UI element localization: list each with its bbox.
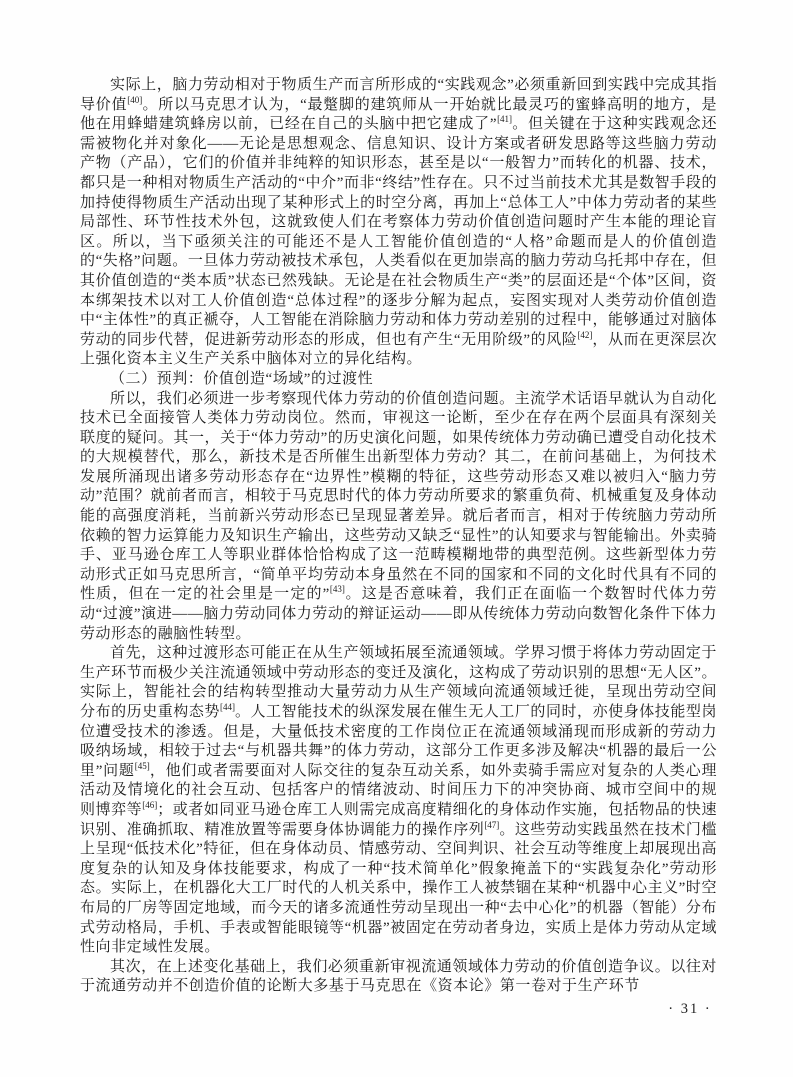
footnote-ref: [47] (484, 820, 499, 830)
paragraph-2: 所以，我们必须进一步考察现代体力劳动的价值创造问题。主流学术话语早就认为自动化技… (80, 390, 717, 645)
footnote-ref: [46] (142, 800, 157, 810)
paragraph-1: 实际上，脑力劳动相对于物质生产而言所形成的“实践观念”必须重新回到实践中完成其指… (80, 76, 717, 370)
heading-section-2: （二）预判：价值创造“场域”的过渡性 (80, 370, 717, 390)
article-body: 实际上，脑力劳动相对于物质生产而言所形成的“实践观念”必须重新回到实践中完成其指… (80, 76, 717, 997)
footnote-ref: [41] (497, 114, 512, 124)
page-number: · 31 · (640, 1001, 740, 1018)
document-page: 实际上，脑力劳动相对于物质生产而言所形成的“实践观念”必须重新回到实践中完成其指… (0, 0, 793, 1077)
paragraph-4: 其次，在上述变化基础上，我们必须重新审视流通领域体力劳动的价值创造争议。以往对于… (80, 958, 717, 997)
footnote-ref: [40] (127, 95, 142, 105)
footnote-ref: [42] (577, 330, 592, 340)
paragraph-3: 首先，这种过渡形态可能正在从生产领域拓展至流通领域。学界习惯于将体力劳动固定于生… (80, 644, 717, 958)
footnote-ref: [44] (220, 702, 235, 712)
footnote-ref: [43] (330, 584, 345, 594)
footnote-ref: [45] (135, 761, 150, 771)
